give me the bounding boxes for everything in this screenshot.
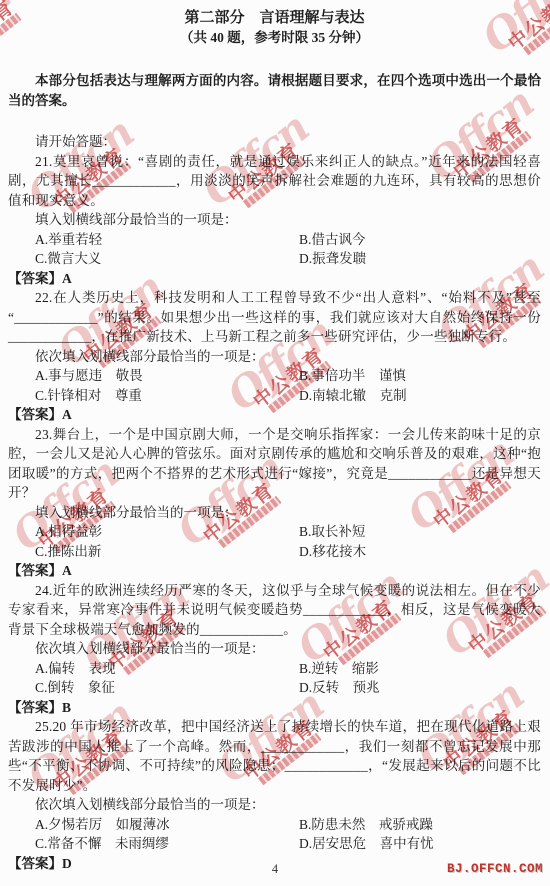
option-d: D.反转 预兆 [299,678,541,698]
option-b: B.取长补短 [299,522,541,542]
question-options: A.夕惕若厉 如履薄冰 B.防患未然 戒骄戒躁 C.常备不懈 未雨绸缪 D.居安… [35,815,541,854]
option-c: C.针锋相对 尊重 [35,386,299,406]
begin-prompt: 请开始答题： [8,132,541,152]
answer-value: A [62,563,72,578]
answer-value: A [62,271,72,286]
option-a: A.举重若轻 [35,230,299,250]
question-text: 在人类历史上，科技发明和人工工程曾导致不少“出人意料”、“始料不及”甚至“___… [8,290,541,344]
answer-line: 【答案】A [8,405,541,425]
question-prompt: 依次填入划横线部分最恰当的一项是： [35,639,541,659]
section-subtitle: （共 40 题，参考时限 35 分钟） [8,28,541,47]
question-prompt: 填入划横线部分最恰当的一项是： [35,503,541,523]
answer-label: 【答案】 [8,700,62,715]
option-c: C.倒转 象征 [35,678,299,698]
option-b: B.逆转 缩影 [299,659,541,679]
answer-value: B [62,700,71,715]
option-c: C.推陈出新 [35,542,299,562]
question-stem: 24.近年的欧洲连续经历严寒的冬天，这似乎与全球气候变暖的说法相左。但在不少专家… [8,581,541,640]
option-b: B.事倍功半 谨慎 [299,366,541,386]
answer-line: 【答案】A [8,561,541,581]
answer-label: 【答案】 [8,407,62,422]
question-stem: 23.舞台上，一个是中国京剧大师，一个是交响乐指挥家：一会儿传来韵味十足的京腔，… [8,425,541,503]
option-b: B.防患未然 戒骄戒躁 [299,815,541,835]
option-d: D.振聋发聩 [299,249,541,269]
option-d: D.移花接木 [299,542,541,562]
question-number: 23. [35,427,52,442]
question-number: 25. [35,719,52,734]
document-content: 第二部分 言语理解与表达 （共 40 题，参考时限 35 分钟） 本部分包括表达… [0,0,550,873]
page-footer: 4 BJ.OFFCN.COM [0,862,550,878]
section-title: 第二部分 言语理解与表达 [8,8,541,28]
option-d: D.居安思危 喜中有忧 [299,834,541,854]
question-25: 25.20 年市场经济改革，把中国经济送上了持续增长的快车道，把在现代化道路上艰… [8,717,541,873]
answer-line: 【答案】B [8,698,541,718]
question-prompt: 填入划横线部分最恰当的一项是： [35,210,541,230]
question-options: A.偏转 表现 B.逆转 缩影 C.倒转 象征 D.反转 预兆 [35,659,541,698]
option-a: A.相得益彰 [35,522,299,542]
option-c: C.微言大义 [35,249,299,269]
question-options: A.事与愿违 敬畏 B.事倍功半 谨慎 C.针锋相对 尊重 D.南辕北辙 克制 [35,366,541,405]
answer-value: A [62,407,72,422]
answer-label: 【答案】 [8,271,62,286]
question-options: A.举重若轻 B.借古讽今 C.微言大义 D.振聋发聩 [35,230,541,269]
question-number: 24. [35,583,52,598]
question-22: 22.在人类历史上，科技发明和人工工程曾导致不少“出人意料”、“始料不及”甚至“… [8,288,541,425]
question-24: 24.近年的欧洲连续经历严寒的冬天，这似乎与全球气候变暖的说法相左。但在不少专家… [8,581,541,718]
option-a: A.夕惕若厉 如履薄冰 [35,815,299,835]
question-text: 舞台上，一个是中国京剧大师，一个是交响乐指挥家：一会儿传来韵味十足的京腔，一会儿… [8,427,541,501]
question-number: 21. [35,154,52,169]
question-stem: 22.在人类历史上，科技发明和人工工程曾导致不少“出人意料”、“始料不及”甚至“… [8,288,541,347]
footer-site-url: BJ.OFFCN.COM [447,862,543,876]
option-a: A.偏转 表现 [35,659,299,679]
section-instructions: 本部分包括表达与理解两方面的内容。请根据题目要求，在四个选项中选出一个最恰当的答… [8,71,541,111]
question-options: A.相得益彰 B.取长补短 C.推陈出新 D.移花接木 [35,522,541,561]
question-21: 21.莫里哀曾说：“喜剧的责任，就是通过娱乐来纠正人的缺点。”近年来的法国轻喜剧… [8,152,541,289]
question-stem: 25.20 年市场经济改革，把中国经济送上了持续增长的快车道，把在现代化道路上艰… [8,717,541,795]
question-stem: 21.莫里哀曾说：“喜剧的责任，就是通过娱乐来纠正人的缺点。”近年来的法国轻喜剧… [8,152,541,211]
question-number: 22. [35,290,52,305]
answer-label: 【答案】 [8,563,62,578]
option-d: D.南辕北辙 克制 [299,386,541,406]
option-c: C.常备不懈 未雨绸缪 [35,834,299,854]
scanned-exam-page: { "page": { "title_line1": "第二部分 言语理解与表达… [0,0,550,886]
answer-line: 【答案】A [8,269,541,289]
question-text: 近年的欧洲连续经历严寒的冬天，这似乎与全球气候变暖的说法相左。但在不少专家看来，… [8,583,541,637]
option-a: A.事与愿违 敬畏 [35,366,299,386]
question-text: 20 年市场经济改革，把中国经济送上了持续增长的快车道，把在现代化道路上艰苦跋涉… [8,719,541,793]
question-prompt: 依次填入划横线部分最恰当的一项是： [35,795,541,815]
question-prompt: 依次填入划横线部分最恰当的一项是： [35,347,541,367]
question-23: 23.舞台上，一个是中国京剧大师，一个是交响乐指挥家：一会儿传来韵味十足的京腔，… [8,425,541,581]
question-text: 莫里哀曾说：“喜剧的责任，就是通过娱乐来纠正人的缺点。”近年来的法国轻喜剧，尤其… [8,154,541,208]
option-b: B.借古讽今 [299,230,541,250]
